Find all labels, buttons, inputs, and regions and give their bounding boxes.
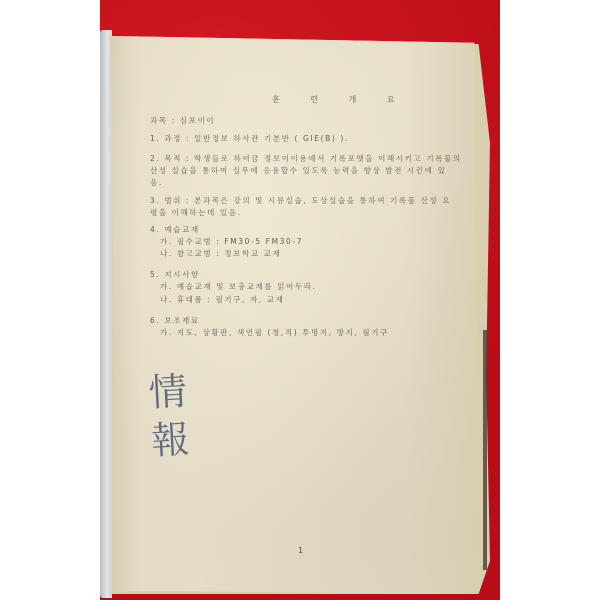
handwritten-note: 情 報 <box>148 367 191 465</box>
left-margin <box>0 0 100 600</box>
subject-line: 과목 : 심포이이 <box>150 115 215 126</box>
item-scope-cont: 령을 이해하는데 있음. <box>150 207 242 218</box>
book-cover-edge <box>100 30 112 598</box>
item-purpose-end: 음. <box>150 177 163 188</box>
item-required-manuals: 가. 필수교범 : FM30-5 FM30-7 <box>160 236 303 247</box>
item-instructions: 5. 지시사항 <box>150 269 200 280</box>
handwritten-char-2: 報 <box>150 415 190 465</box>
item-aids-list: 가. 지도, 상황판, 색연필 (청,적) 투명지, 방지, 필기구 <box>160 327 389 338</box>
item-aids: 6. 보조재료 <box>150 315 200 326</box>
item-purpose: 2. 목적 : 학생들로 하여금 정보이이용에서 기록포멧을 이해시키고 기록물… <box>150 153 462 164</box>
item-course: 1. 과정 : 일반정보 하사관 기본반 ( GIE(B) ). <box>150 133 349 144</box>
item-purpose-cont: 산성 실습을 통하여 실무에 응용할수 있도록 능력을 향상 발전 시킨에 있 <box>150 165 446 176</box>
page-number: 1 <box>298 546 303 555</box>
item-instructions-carry: 나. 휴대품 : 필기구, 자, 교재 <box>160 294 284 305</box>
item-reference-manuals: 나. 참고교범 : 정보학교 교재 <box>160 248 281 259</box>
torn-page-edge <box>483 330 487 570</box>
item-instructions-read: 가. 예습교재 및 보충교재를 읽어두라. <box>160 281 317 292</box>
item-study-materials: 4. 예습교재 <box>150 224 200 235</box>
item-scope: 3. 범위 : 본과목은 강의 및 시뮤실습, 도상실습을 통하여 기록물 산성… <box>150 195 451 206</box>
handwritten-char-1: 情 <box>148 367 188 417</box>
right-margin <box>500 0 600 600</box>
document-title: 훈 련 개 요 <box>272 94 409 105</box>
